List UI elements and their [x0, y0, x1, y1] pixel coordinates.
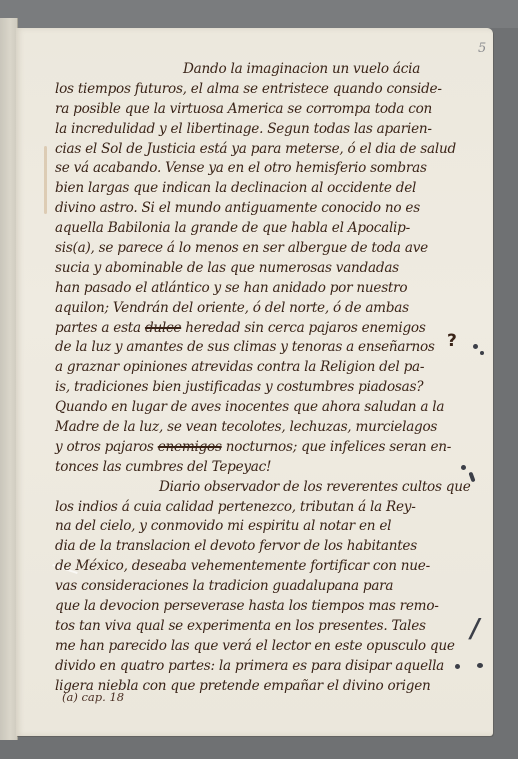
text-line: tos tan viva qual se experimenta en los …: [55, 617, 465, 637]
text-line: vas consideraciones la tradicion guadalu…: [55, 577, 465, 597]
text-line: dia de la translacion el devoto fervor d…: [55, 537, 465, 557]
margin-dot: [473, 344, 478, 349]
text-line: se vá acabando. Vense ya en el otro hemi…: [55, 159, 465, 179]
text-line: aquilon; Vendrán del oriente, ó del nort…: [55, 299, 465, 319]
text-line: aquella Babilonia la grande de que habla…: [55, 219, 465, 239]
question-mark-annotation: ?: [447, 331, 457, 351]
struck-word: enemigos: [158, 439, 222, 455]
text-segment: nocturnos; que infelices seran en-: [222, 439, 451, 455]
text-line: que la devocion perseverase hasta los ti…: [55, 597, 465, 617]
text-line: tonces las cumbres del Tepeyac!: [55, 458, 465, 478]
text-line: me han parecido las que verá el lector e…: [55, 637, 465, 657]
text-segment: partes a esta: [55, 320, 145, 336]
text-line: de México, deseaba vehementemente fortif…: [55, 557, 465, 577]
text-line: sis(a), se parece á lo menos en ser albe…: [55, 239, 465, 259]
text-line: la incredulidad y el libertinage. Segun …: [55, 120, 465, 140]
text-line: sucia y abominable de las que numerosas …: [55, 259, 465, 279]
text-line: Quando en lugar de aves inocentes que ah…: [55, 398, 465, 418]
text-line: ra posible que la virtuosa America se co…: [55, 100, 465, 120]
page-number: 5: [478, 41, 486, 56]
text-segment: y otros pajaros: [55, 439, 158, 455]
margin-dot: [480, 351, 484, 355]
footnote: (a) cap. 18: [62, 690, 124, 704]
backdrop: [0, 0, 518, 28]
text-line: han pasado el atlántico y se han anidado…: [55, 279, 465, 299]
text-line: Madre de la luz, se vean tecolotes, lech…: [55, 418, 465, 438]
text-line: de la luz y amantes de sus climas y teno…: [55, 338, 465, 358]
text-line: los tiempos futuros, el alma se entriste…: [55, 80, 465, 100]
water-stain: [44, 146, 47, 214]
text-segment: heredad sin cerca pajaros enemigos: [181, 320, 425, 336]
text-line: a graznar opiniones atrevidas contra la …: [55, 358, 465, 378]
margin-dot: [461, 465, 466, 470]
text-line: divino astro. Si el mundo antiguamente c…: [55, 199, 465, 219]
text-line: is, tradiciones bien justificadas y cost…: [55, 378, 465, 398]
text-line-with-deletion: partes a esta dulce heredad sin cerca pa…: [55, 319, 465, 339]
text-line: bien largas que indican la declinacion a…: [55, 179, 465, 199]
text-line: divido en quatro partes: la primera es p…: [55, 657, 465, 677]
text-line-with-deletion: y otros pajaros enemigos nocturnos; que …: [55, 438, 465, 458]
text-line: cias el Sol de Justicia está ya para met…: [55, 140, 465, 160]
manuscript-text: Dando la imaginacion un vuelo ácia los t…: [55, 60, 465, 697]
margin-dot: [455, 664, 460, 669]
text-line: na del cielo, y conmovido mi espiritu al…: [55, 517, 465, 537]
text-line: Dando la imaginacion un vuelo ácia: [55, 60, 465, 80]
struck-word: dulce: [145, 320, 181, 336]
margin-dot: [477, 663, 483, 668]
text-line: los indios á cuia calidad pertenezco, tr…: [55, 498, 465, 518]
text-line: Diario observador de los reverentes cult…: [55, 478, 465, 498]
